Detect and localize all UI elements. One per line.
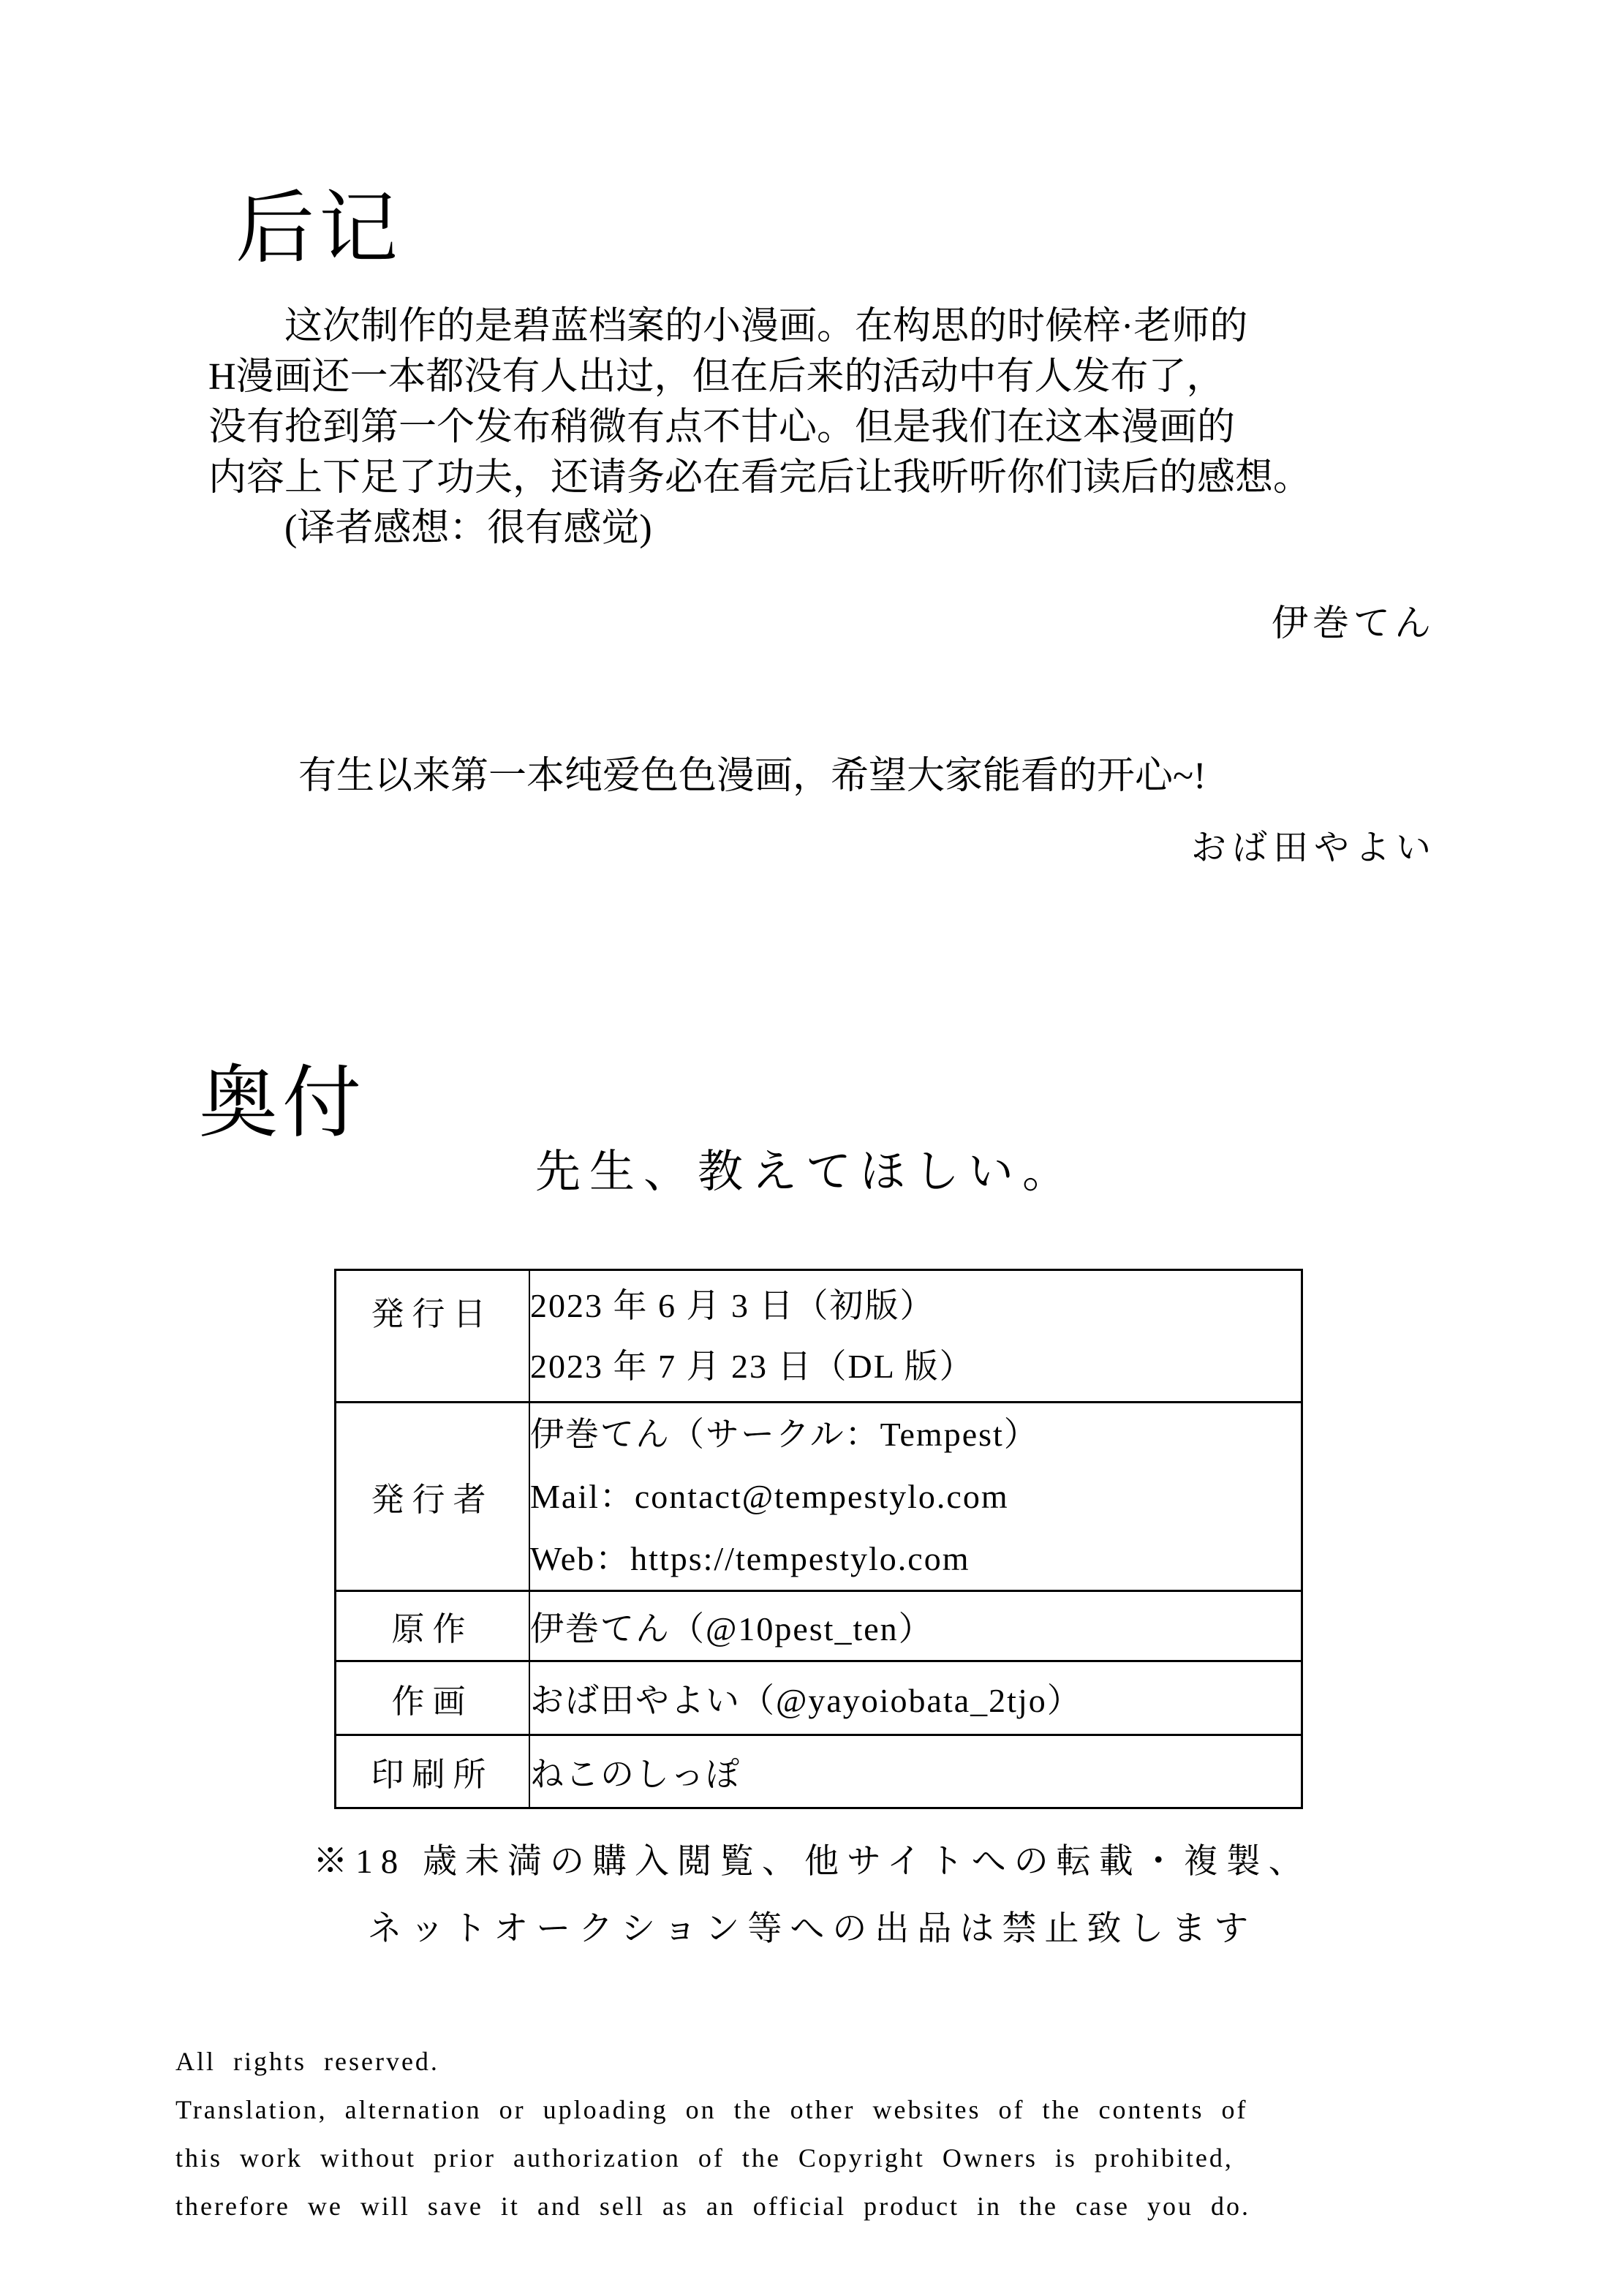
- publisher-circle: 伊巻てん（サークル：Tempest）: [530, 1403, 1301, 1465]
- table-row-artwork: 作画 おば田やよい（@yayoiobata_2tjo）: [336, 1661, 1302, 1735]
- rights-line: this work without prior authorization of…: [175, 2134, 1250, 2182]
- printer-name: ねこのしっぽ: [529, 1735, 1302, 1808]
- table-row-publisher: 発行者 伊巻てん（サークル：Tempest） Mail：contact@temp…: [336, 1403, 1302, 1591]
- table-row-original-work: 原作 伊巻てん（@10pest_ten）: [336, 1591, 1302, 1661]
- age-restriction-notice: ※18 歳未満の購入閲覧、他サイトへの転載・複製、 ネットオークション等への出品…: [0, 1828, 1624, 1963]
- paragraph-line: 内容上下足了功夫，还请务必在看完后让我听听你们读后的感想。: [208, 453, 1311, 503]
- publisher-mail: Mail：contact@tempestylo.com: [530, 1465, 1301, 1528]
- artist-message: 有生以来第一本纯爱色色漫画，希望大家能看的开心~!: [298, 744, 1206, 799]
- publication-date-first-edition: 2023 年 6 月 3 日（初版）: [530, 1275, 1301, 1336]
- row-label: 印刷所: [336, 1735, 530, 1808]
- book-title: 先生、教えてほしい。: [535, 1135, 1076, 1200]
- notice-line: ※18 歳未満の購入閲覧、他サイトへの転載・複製、: [0, 1828, 1624, 1895]
- row-label: 発行日: [336, 1270, 530, 1403]
- original-author: 伊巻てん（@10pest_ten）: [529, 1591, 1302, 1661]
- rights-line: All rights reserved.: [175, 2037, 1250, 2086]
- artist-signature: おば田やよい: [1097, 819, 1437, 869]
- paragraph-line-translator-note: (译者感想：很有感觉): [208, 503, 1311, 554]
- rights-line: Translation, alternation or uploading on…: [175, 2086, 1250, 2134]
- table-row-publication-date: 発行日 2023 年 6 月 3 日（初版） 2023 年 7 月 23 日（D…: [336, 1270, 1302, 1403]
- row-label: 原作: [336, 1591, 530, 1661]
- rights-line: therefore we will save it and sell as an…: [175, 2182, 1250, 2230]
- row-label: 作画: [336, 1661, 530, 1735]
- colophon-heading: 奥付: [199, 1059, 366, 1150]
- row-values: 伊巻てん（サークル：Tempest） Mail：contact@tempesty…: [529, 1403, 1302, 1591]
- row-label: 発行者: [336, 1403, 530, 1591]
- afterword-paragraph: 这次制作的是碧蓝档案的小漫画。在构思的时候梓·老师的 H漫画还一本都没有人出过，…: [208, 301, 1311, 554]
- afterword-heading: 后记: [235, 184, 402, 275]
- publisher-web: Web：https://tempestylo.com: [530, 1528, 1301, 1590]
- colophon-table: 発行日 2023 年 6 月 3 日（初版） 2023 年 7 月 23 日（D…: [334, 1269, 1303, 1809]
- paragraph-line: H漫画还一本都没有人出过，但在后来的活动中有人发布了，: [208, 352, 1311, 402]
- publication-date-dl-edition: 2023 年 7 月 23 日（DL 版）: [530, 1336, 1301, 1397]
- paragraph-line: 没有抢到第一个发布稍微有点不甘心。但是我们在这本漫画的: [208, 402, 1311, 453]
- afterword-colophon-page: 后记 这次制作的是碧蓝档案的小漫画。在构思的时候梓·老师的 H漫画还一本都没有人…: [0, 0, 1624, 2272]
- table-row-printer: 印刷所 ねこのしっぽ: [336, 1735, 1302, 1808]
- rights-statement: All rights reserved. Translation, altern…: [175, 2037, 1250, 2230]
- notice-line: ネットオークション等への出品は禁止致します: [0, 1895, 1624, 1963]
- artwork-artist: おば田やよい（@yayoiobata_2tjo）: [529, 1661, 1302, 1735]
- author-signature: 伊巻てん: [1095, 594, 1435, 646]
- paragraph-line: 这次制作的是碧蓝档案的小漫画。在构思的时候梓·老师的: [208, 301, 1311, 352]
- row-values: 2023 年 6 月 3 日（初版） 2023 年 7 月 23 日（DL 版）: [529, 1270, 1302, 1403]
